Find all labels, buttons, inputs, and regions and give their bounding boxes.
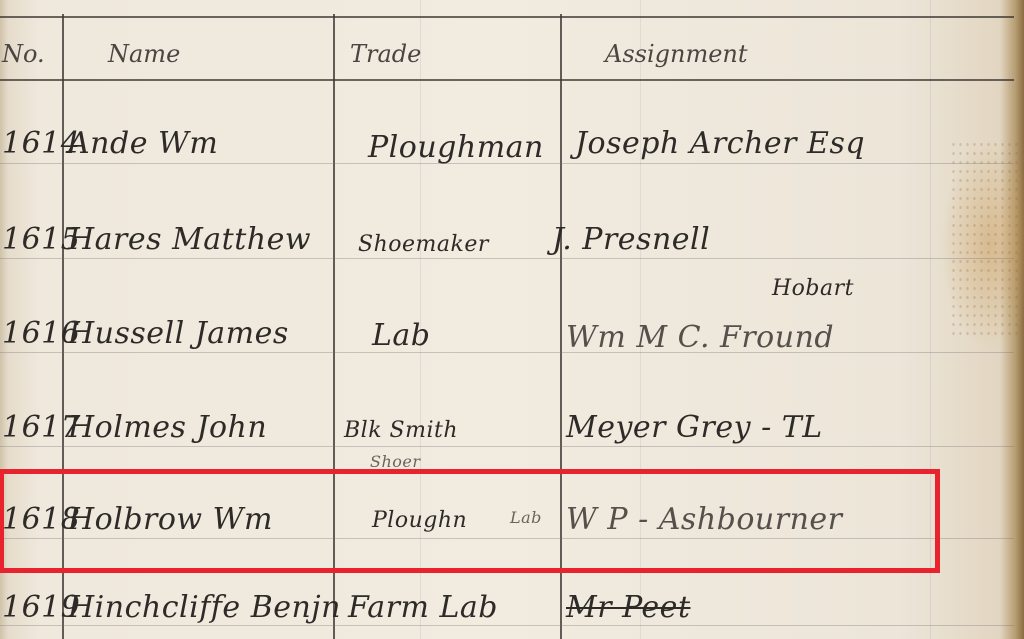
- row-trade: Ploughman: [368, 130, 544, 165]
- header-trade: Trade: [350, 40, 421, 68]
- row-trade: Shoemaker: [358, 232, 489, 257]
- row-trade: Lab: [372, 318, 431, 353]
- row-rule: [0, 446, 1014, 447]
- row-name: Holmes John: [68, 410, 267, 445]
- header-assignment: Assignment: [605, 40, 748, 68]
- header-top-rule: [0, 16, 1014, 18]
- row-assignment: Meyer Grey - TL: [566, 410, 823, 445]
- water-stain: [950, 140, 1020, 340]
- row-rule: [0, 258, 1014, 259]
- ledger-page: No. Name Trade Assignment 1614 Ande Wm P…: [0, 0, 1024, 639]
- row-assignment: J. Presnell: [552, 222, 710, 257]
- row-assignment: Wm M C. Fround: [566, 320, 834, 355]
- header-number: No.: [2, 40, 45, 68]
- row-trade: Farm Lab: [348, 590, 498, 625]
- header-bottom-rule: [0, 79, 1014, 81]
- row-name: Hinchcliffe Benjn: [68, 590, 341, 625]
- row-name: Hares Matthew: [68, 222, 311, 257]
- highlight-box: [0, 469, 940, 573]
- row-trade: Blk Smith: [344, 418, 458, 443]
- row-rule: [0, 352, 1014, 353]
- row-name: Ande Wm: [68, 126, 218, 161]
- row-annotation: Hobart: [772, 276, 854, 301]
- row-rule: [0, 625, 1014, 626]
- row-assignment: Joseph Archer Esq: [575, 126, 865, 161]
- row-name: Hussell James: [68, 316, 289, 351]
- row-assignment: Mr Peet: [566, 590, 691, 625]
- header-name: Name: [108, 40, 180, 68]
